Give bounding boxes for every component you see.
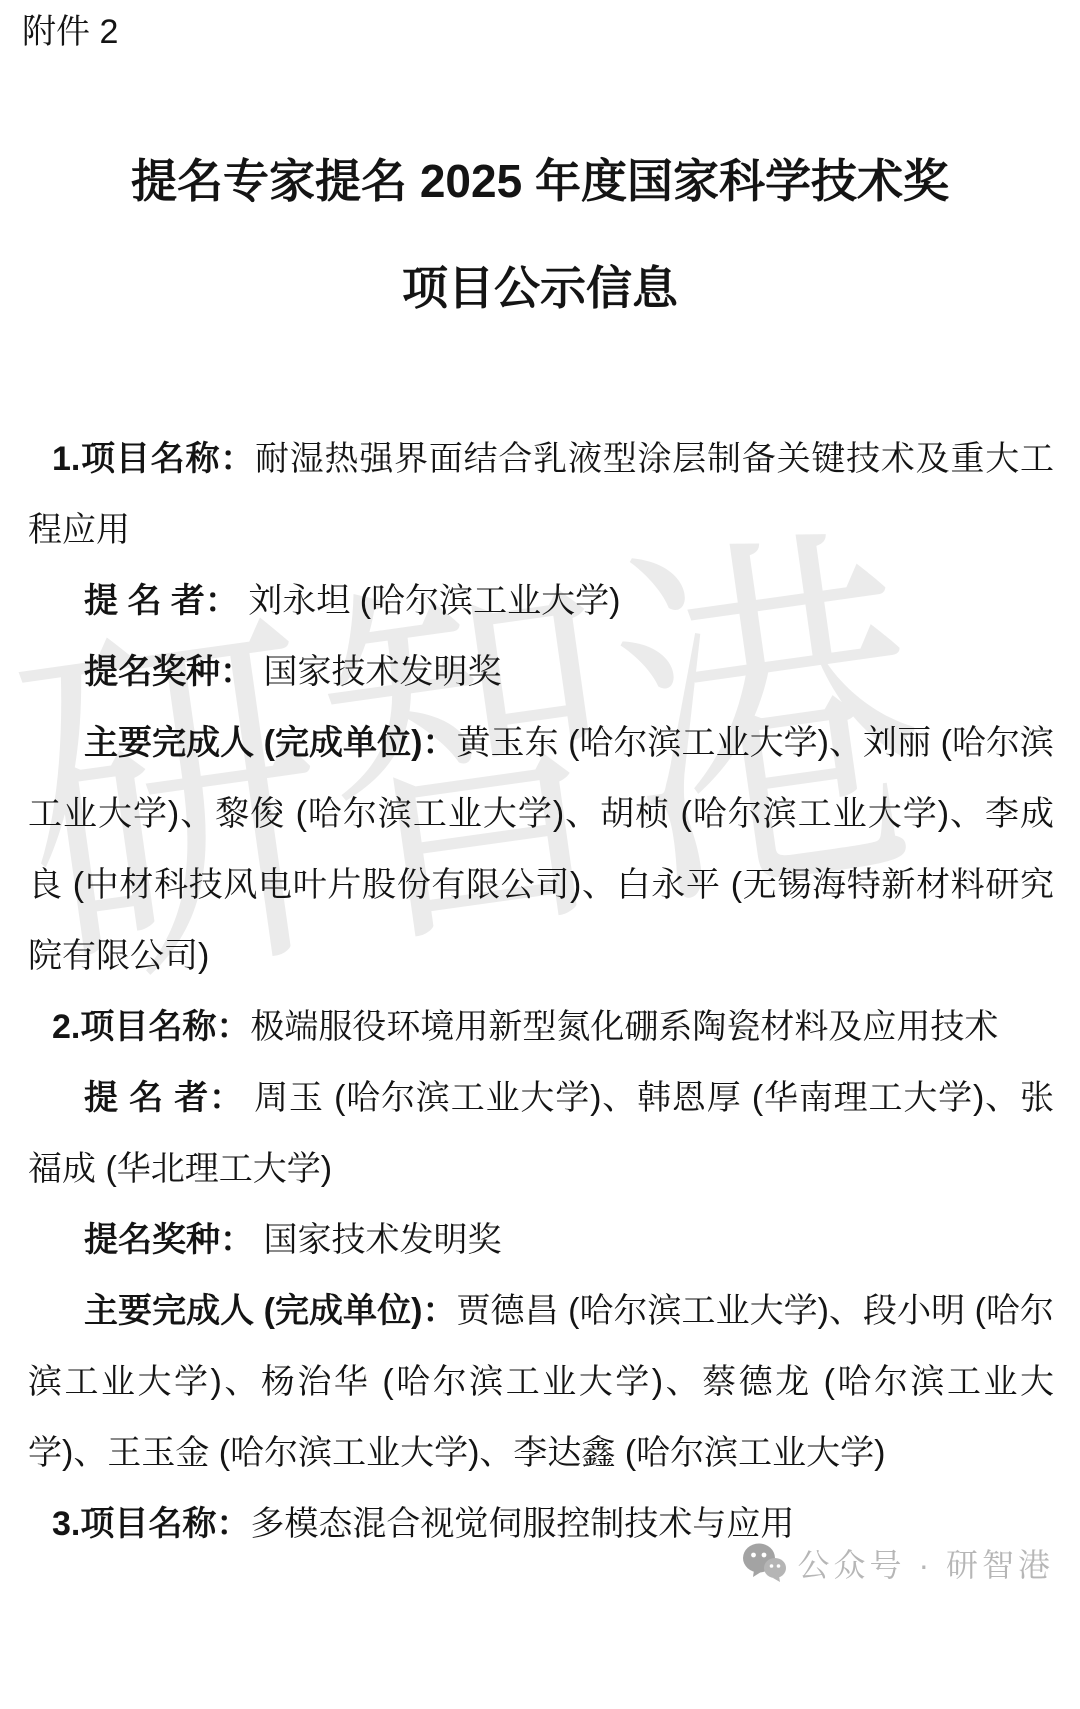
account-credit-watermark: 公众号 · 研智港 xyxy=(740,1540,1054,1586)
attachment-label: 附件 2 xyxy=(22,12,118,53)
project-3-name: 多模态混合视觉伺服控制技术与应用 xyxy=(250,1505,794,1543)
project-1-nominator: 刘永坦 (哈尔滨工业大学) xyxy=(248,582,620,620)
project-1-nominator-line: 提 名 者： 刘永坦 (哈尔滨工业大学) xyxy=(28,566,1054,637)
document-title: 提名专家提名 2025 年度国家科学技术奖 项目公示信息 xyxy=(0,156,1080,313)
project-1-completers-label: 主要完成人 (完成单位)： xyxy=(84,724,457,762)
project-2-name-label: 2.项目名称： xyxy=(52,1008,250,1046)
project-2-award: 国家技术发明奖 xyxy=(263,1221,501,1259)
project-3-name-label: 3.项目名称： xyxy=(52,1505,250,1543)
project-1-name-line: 1.项目名称：耐湿热强界面结合乳液型涂层制备关键技术及重大工程应用 xyxy=(28,424,1054,566)
wechat-icon xyxy=(740,1541,788,1585)
project-2-name-line: 2.项目名称：极端服役环境用新型氮化硼系陶瓷材料及应用技术 xyxy=(28,992,1054,1063)
document-body: 1.项目名称：耐湿热强界面结合乳液型涂层制备关键技术及重大工程应用 提 名 者：… xyxy=(28,424,1054,1560)
project-1-nominator-label: 提 名 者： xyxy=(84,582,239,620)
project-1-award-label: 提名奖种： xyxy=(84,653,254,691)
project-2-completers-label: 主要完成人 (完成单位)： xyxy=(84,1292,457,1330)
account-credit-text: 公众号 · 研智港 xyxy=(798,1540,1054,1586)
document-page: 研智港 附件 2 提名专家提名 2025 年度国家科学技术奖 项目公示信息 1.… xyxy=(0,0,1080,1709)
project-2-award-line: 提名奖种： 国家技术发明奖 xyxy=(28,1205,1054,1276)
project-2-award-label: 提名奖种： xyxy=(84,1221,254,1259)
project-2-nominator-line: 提 名 者： 周玉 (哈尔滨工业大学)、韩恩厚 (华南理工大学)、张福成 (华北… xyxy=(28,1063,1054,1205)
document-title-line1: 提名专家提名 2025 年度国家科学技术奖 xyxy=(0,156,1080,207)
project-2-completers-line: 主要完成人 (完成单位)：贾德昌 (哈尔滨工业大学)、段小明 (哈尔滨工业大学)… xyxy=(28,1276,1054,1489)
project-2-nominator-label: 提 名 者： xyxy=(84,1079,244,1117)
project-2-name: 极端服役环境用新型氮化硼系陶瓷材料及应用技术 xyxy=(250,1008,998,1046)
document-title-line2: 项目公示信息 xyxy=(0,263,1080,314)
project-1-completers-line: 主要完成人 (完成单位)：黄玉东 (哈尔滨工业大学)、刘丽 (哈尔滨工业大学)、… xyxy=(28,708,1054,992)
project-1-award-line: 提名奖种： 国家技术发明奖 xyxy=(28,637,1054,708)
project-1-award: 国家技术发明奖 xyxy=(263,653,501,691)
project-1-name-label: 1.项目名称： xyxy=(52,440,255,478)
